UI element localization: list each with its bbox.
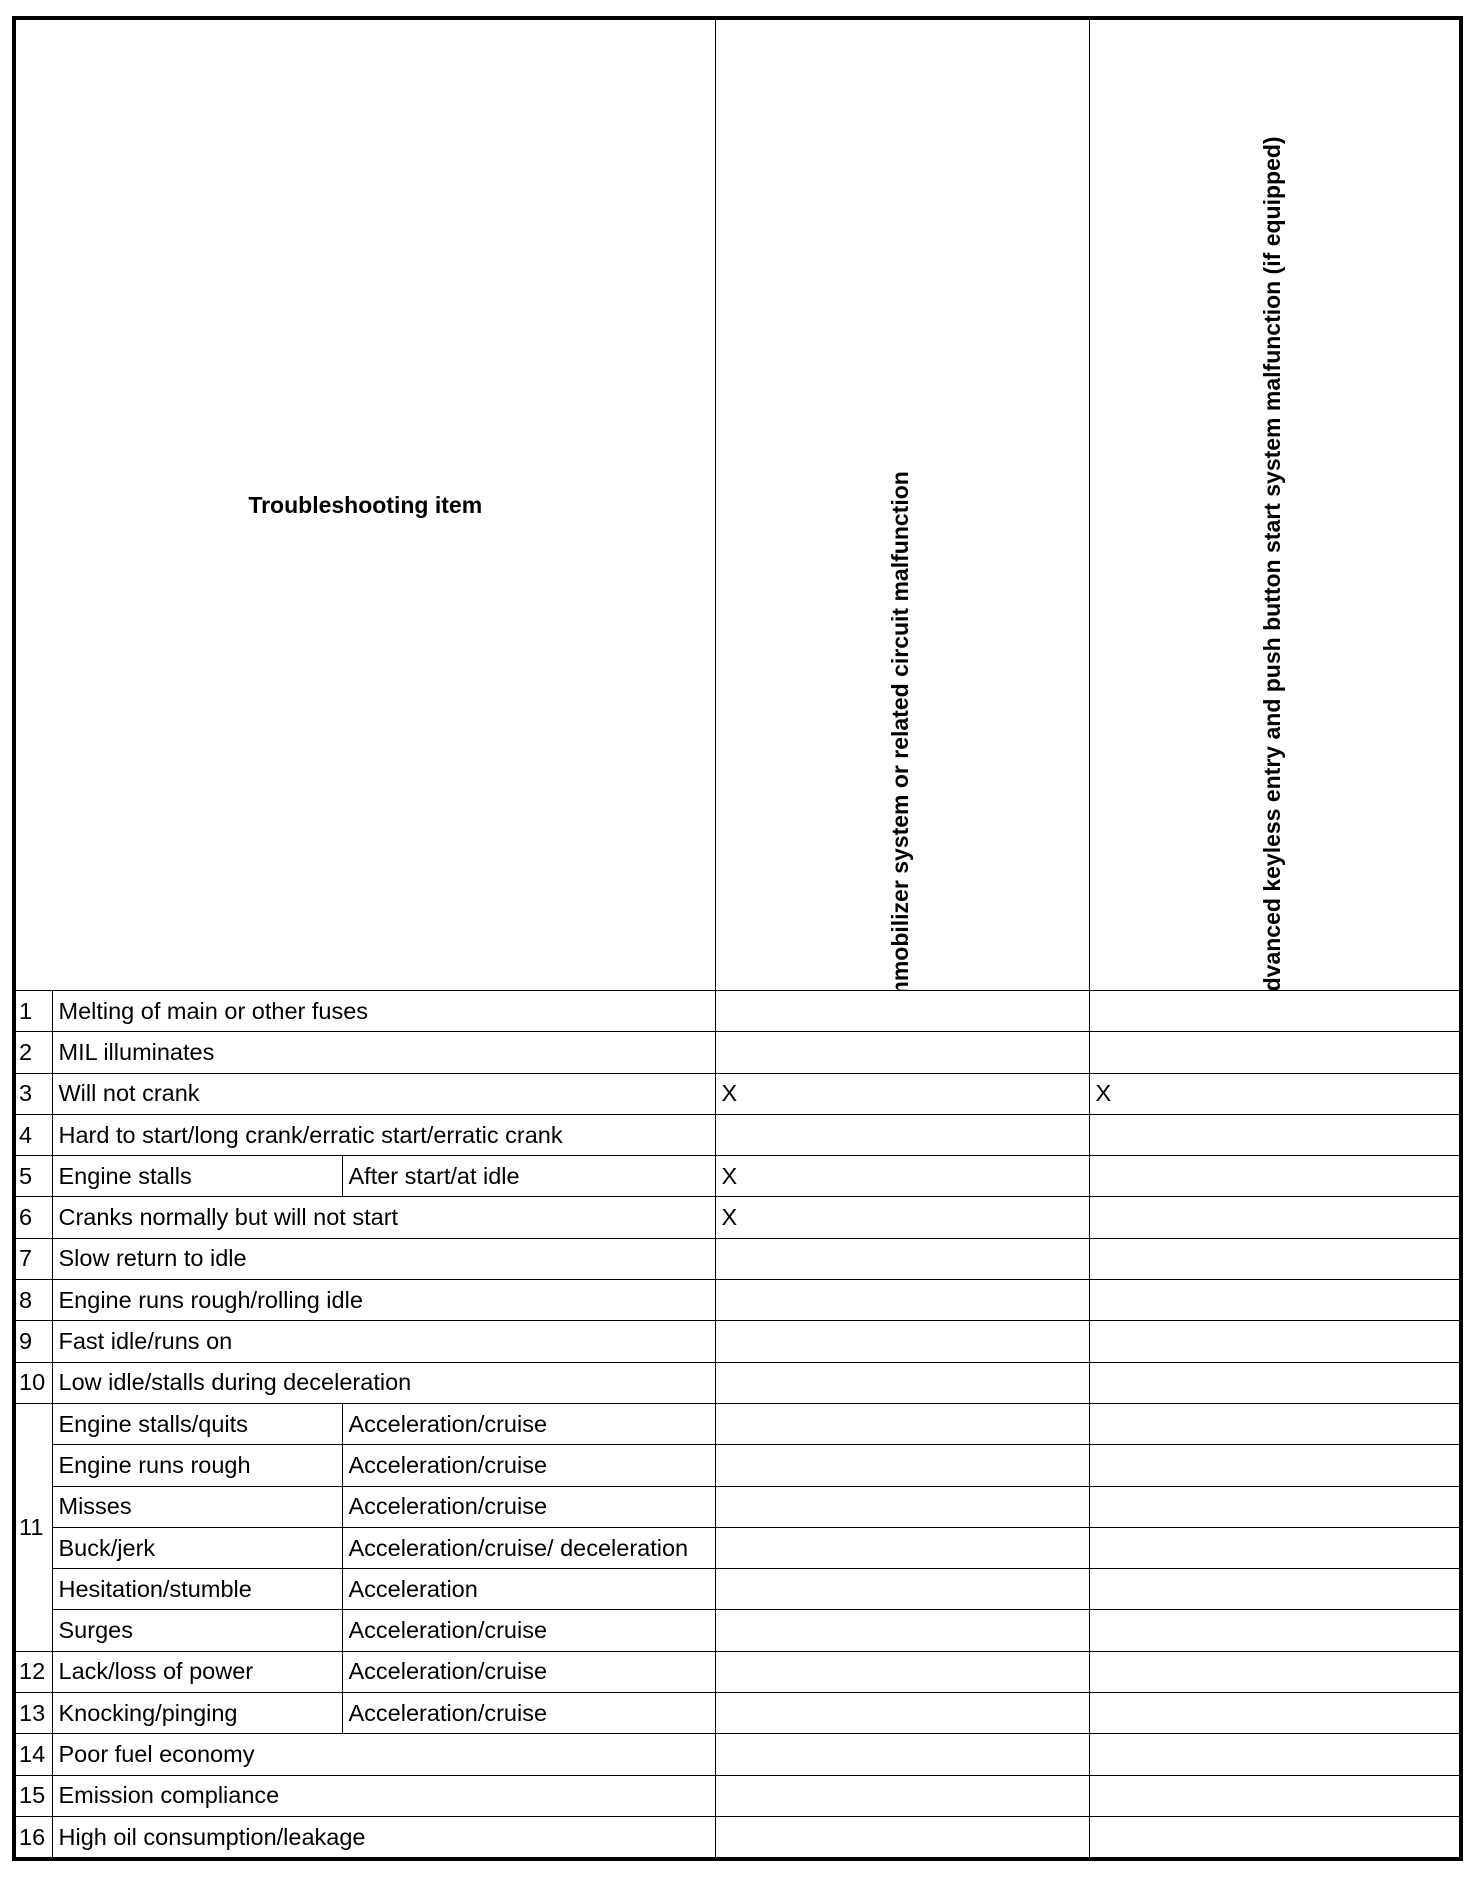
immobilizer-mark: X [715,1197,1089,1238]
keyless-entry-mark [1089,1816,1461,1859]
row-number: 4 [14,1114,52,1155]
table-row: 8Engine runs rough/rolling idle [14,1280,1461,1321]
table-row: 4Hard to start/long crank/erratic start/… [14,1114,1461,1155]
keyless-entry-mark: X [1089,1073,1461,1114]
immobilizer-mark [715,1032,1089,1073]
keyless-entry-mark [1089,1403,1461,1444]
table-row: 13Knocking/pingingAcceleration/cruise [14,1693,1461,1734]
immobilizer-mark [715,1775,1089,1816]
keyless-entry-mark [1089,1362,1461,1403]
keyless-entry-mark [1089,1032,1461,1073]
keyless-entry-mark [1089,1445,1461,1486]
keyless-entry-mark [1089,1486,1461,1527]
row-number: 7 [14,1238,52,1279]
immobilizer-mark [715,1362,1089,1403]
troubleshooting-item: High oil consumption/leakage [52,1816,715,1859]
troubleshooting-item: Poor fuel economy [52,1734,715,1775]
immobilizer-mark [715,1651,1089,1692]
table-row: SurgesAcceleration/cruise [14,1610,1461,1651]
keyless-entry-mark [1089,1197,1461,1238]
immobilizer-mark [715,1610,1089,1651]
immobilizer-mark [715,1445,1089,1486]
immobilizer-mark [715,1569,1089,1610]
troubleshooting-item: Melting of main or other fuses [52,991,715,1032]
troubleshooting-item: Engine runs rough [52,1445,342,1486]
row-number: 2 [14,1032,52,1073]
immobilizer-mark [715,1321,1089,1362]
row-number: 6 [14,1197,52,1238]
condition: Acceleration/cruise [342,1693,715,1734]
troubleshooting-item: Engine stalls [52,1156,342,1197]
troubleshooting-item: Hard to start/long crank/erratic start/e… [52,1114,715,1155]
keyless-entry-mark [1089,1651,1461,1692]
keyless-entry-mark [1089,1114,1461,1155]
table-row: 3Will not crankXX [14,1073,1461,1114]
row-number: 16 [14,1816,52,1859]
header-keyless-entry-label: Advanced keyless entry and push button s… [1259,136,1286,990]
troubleshooting-item: Cranks normally but will not start [52,1197,715,1238]
row-number: 13 [14,1693,52,1734]
row-number: 10 [14,1362,52,1403]
condition: After start/at idle [342,1156,715,1197]
troubleshooting-table: Troubleshooting item Immobilizer system … [12,16,1463,1861]
troubleshooting-item: Engine stalls/quits [52,1403,342,1444]
row-number: 14 [14,1734,52,1775]
table-row: 12Lack/loss of powerAcceleration/cruise [14,1651,1461,1692]
row-number: 1 [14,991,52,1032]
row-number: 12 [14,1651,52,1692]
immobilizer-mark [715,1527,1089,1568]
troubleshooting-item: Slow return to idle [52,1238,715,1279]
immobilizer-mark [715,1486,1089,1527]
troubleshooting-item: Knocking/pinging [52,1693,342,1734]
condition: Acceleration/cruise [342,1445,715,1486]
row-number: 3 [14,1073,52,1114]
table-row: 5Engine stallsAfter start/at idleX [14,1156,1461,1197]
condition: Acceleration [342,1569,715,1610]
immobilizer-mark [715,1114,1089,1155]
keyless-entry-mark [1089,1775,1461,1816]
troubleshooting-item: Buck/jerk [52,1527,342,1568]
condition: Acceleration/cruise/ deceleration [342,1527,715,1568]
keyless-entry-mark [1089,1693,1461,1734]
keyless-entry-mark [1089,1238,1461,1279]
immobilizer-mark [715,1734,1089,1775]
header-troubleshooting-item: Troubleshooting item [14,18,715,991]
table-row: Buck/jerkAcceleration/cruise/ decelerati… [14,1527,1461,1568]
table-row: 10Low idle/stalls during deceleration [14,1362,1461,1403]
immobilizer-mark: X [715,1073,1089,1114]
header-immobilizer: Immobilizer system or related circuit ma… [715,18,1089,991]
immobilizer-mark [715,991,1089,1032]
table-row: 15Emission compliance [14,1775,1461,1816]
keyless-entry-mark [1089,1156,1461,1197]
table-row: 7Slow return to idle [14,1238,1461,1279]
troubleshooting-item: Misses [52,1486,342,1527]
table-row: 2MIL illuminates [14,1032,1461,1073]
troubleshooting-item: Surges [52,1610,342,1651]
immobilizer-mark [715,1403,1089,1444]
condition: Acceleration/cruise [342,1486,715,1527]
row-number: 9 [14,1321,52,1362]
condition: Acceleration/cruise [342,1651,715,1692]
keyless-entry-mark [1089,991,1461,1032]
immobilizer-mark [715,1238,1089,1279]
keyless-entry-mark [1089,1734,1461,1775]
condition: Acceleration/cruise [342,1403,715,1444]
troubleshooting-item: Engine runs rough/rolling idle [52,1280,715,1321]
table-row: Hesitation/stumbleAcceleration [14,1569,1461,1610]
troubleshooting-item: MIL illuminates [52,1032,715,1073]
table-row: MissesAcceleration/cruise [14,1486,1461,1527]
keyless-entry-mark [1089,1527,1461,1568]
keyless-entry-mark [1089,1321,1461,1362]
keyless-entry-mark [1089,1610,1461,1651]
table-row: 11Engine stalls/quitsAcceleration/cruise [14,1403,1461,1444]
immobilizer-mark [715,1280,1089,1321]
row-number: 15 [14,1775,52,1816]
header-immobilizer-label: Immobilizer system or related circuit ma… [887,471,914,990]
troubleshooting-item: Fast idle/runs on [52,1321,715,1362]
table-row: 16High oil consumption/leakage [14,1816,1461,1859]
table-row: Engine runs roughAcceleration/cruise [14,1445,1461,1486]
header-keyless-entry: Advanced keyless entry and push button s… [1089,18,1461,991]
table-body: 1Melting of main or other fuses2MIL illu… [14,991,1461,1860]
row-number: 11 [14,1403,52,1651]
keyless-entry-mark [1089,1280,1461,1321]
condition: Acceleration/cruise [342,1610,715,1651]
troubleshooting-item: Will not crank [52,1073,715,1114]
header-row: Troubleshooting item Immobilizer system … [14,18,1461,991]
table-row: 6Cranks normally but will not startX [14,1197,1461,1238]
row-number: 8 [14,1280,52,1321]
troubleshooting-item: Hesitation/stumble [52,1569,342,1610]
troubleshooting-item: Lack/loss of power [52,1651,342,1692]
table-row: 14Poor fuel economy [14,1734,1461,1775]
immobilizer-mark [715,1693,1089,1734]
troubleshooting-item: Low idle/stalls during deceleration [52,1362,715,1403]
row-number: 5 [14,1156,52,1197]
troubleshooting-item: Emission compliance [52,1775,715,1816]
table-row: 9Fast idle/runs on [14,1321,1461,1362]
immobilizer-mark [715,1816,1089,1859]
table-row: 1Melting of main or other fuses [14,991,1461,1032]
keyless-entry-mark [1089,1569,1461,1610]
immobilizer-mark: X [715,1156,1089,1197]
